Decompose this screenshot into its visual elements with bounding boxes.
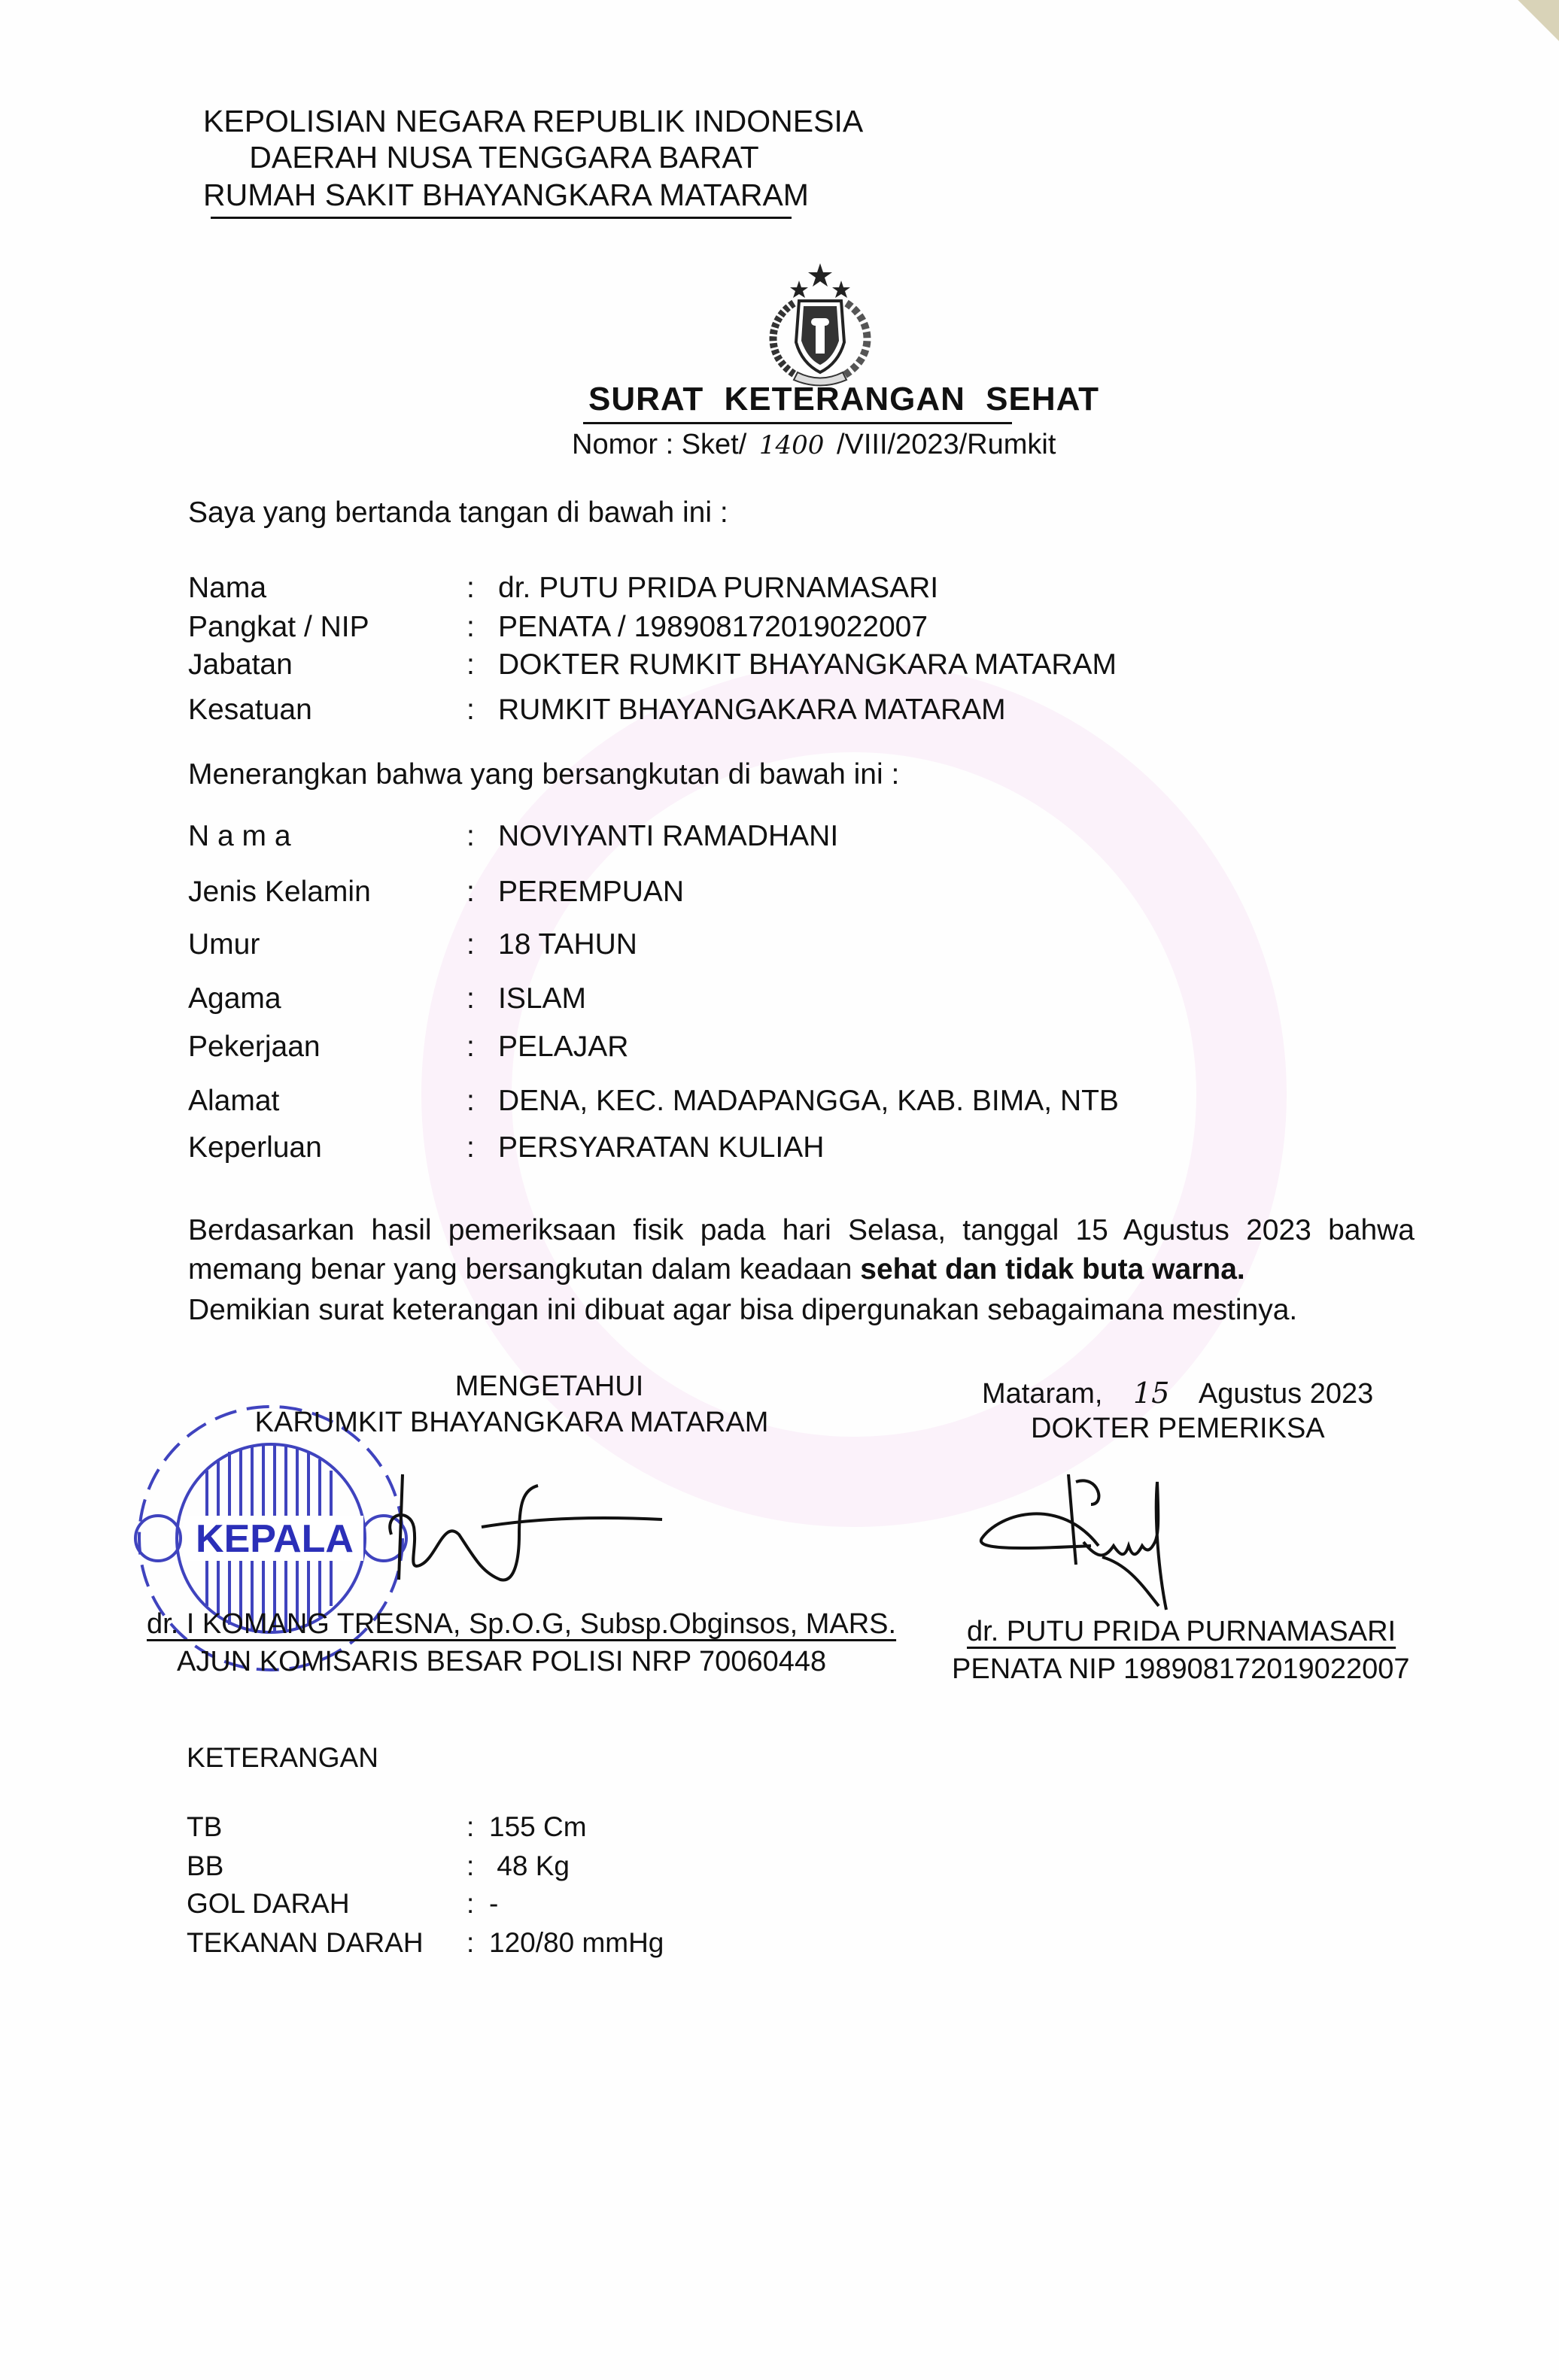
letterhead-line-2: DAERAH NUSA TENGGARA BARAT (203, 140, 805, 175)
notes-heading: KETERANGAN (187, 1742, 378, 1774)
field-label: Kesatuan (188, 694, 312, 727)
field-label: Pekerjaan (188, 1031, 321, 1064)
field-value: NOVIYANTI RAMADHANI (498, 820, 838, 853)
field-colon: : (466, 694, 475, 727)
field-colon: : (466, 611, 475, 644)
field-value: 155 Cm (489, 1811, 587, 1843)
field-label: Keperluan (188, 1131, 322, 1164)
field-value: PENATA / 198908172019022007 (498, 611, 928, 644)
field-value: 48 Kg (489, 1850, 570, 1882)
field-colon: : (466, 928, 475, 961)
field-colon: : (466, 1888, 474, 1920)
field-label: TEKANAN DARAH (187, 1927, 424, 1959)
field-value: RUMKIT BHAYANGAKARA MATARAM (498, 694, 1006, 727)
document-title: SURAT KETERANGAN SEHAT (588, 381, 1099, 418)
field-label: Agama (188, 982, 281, 1015)
handwritten-number: 1400 (759, 430, 825, 460)
field-value: DENA, KEC. MADAPANGGA, KAB. BIMA, NTB (498, 1085, 1119, 1118)
document-number: Nomor : Sket/ 1400 /VIII/2023/Rumkit (572, 429, 1056, 461)
right-handwritten-signature (971, 1474, 1317, 1617)
document-page: KEPOLISIAN NEGARA REPUBLIK INDONESIA DAE… (0, 0, 1559, 2380)
field-label: Pangkat / NIP (188, 611, 369, 644)
field-colon: : (466, 982, 475, 1015)
left-signature-role: KARUMKIT BHAYANGKARA MATARAM (241, 1407, 783, 1439)
page-corner-fold (1514, 0, 1559, 45)
letterhead-line-3: RUMAH SAKIT BHAYANGKARA MATARAM (203, 178, 805, 213)
field-label: Jenis Kelamin (188, 876, 371, 909)
handwritten-day: 15 (1133, 1377, 1169, 1410)
field-value: 18 TAHUN (498, 928, 637, 961)
field-label: TB (187, 1811, 222, 1843)
field-colon: : (466, 876, 475, 909)
field-label: Alamat (188, 1085, 279, 1118)
field-colon: : (466, 1850, 474, 1882)
field-colon: : (466, 1031, 475, 1064)
field-value: PEREMPUAN (498, 876, 684, 909)
title-rule (583, 422, 1012, 424)
place-date: Mataram, 15 Agustus 2023 (982, 1377, 1373, 1410)
field-value: dr. PUTU PRIDA PURNAMASARI (498, 572, 938, 605)
letterhead-rule (211, 217, 792, 219)
left-handwritten-signature (376, 1467, 677, 1587)
field-value: ISLAM (498, 982, 586, 1015)
left-signer-rank: AJUN KOMISARIS BESAR POLISI NRP 70060448 (177, 1646, 826, 1678)
field-label: Umur (188, 928, 260, 961)
letterhead-line-1: KEPOLISIAN NEGARA REPUBLIK INDONESIA (203, 104, 805, 139)
left-signer-name: dr. I KOMANG TRESNA, Sp.O.G, Subsp.Obgin… (147, 1608, 896, 1641)
right-signer-name: dr. PUTU PRIDA PURNAMASARI (967, 1616, 1396, 1648)
findings-bold: sehat dan tidak buta warna. (860, 1253, 1244, 1286)
field-label: N a m a (188, 820, 291, 853)
field-label: Nama (188, 572, 266, 605)
field-label: BB (187, 1850, 223, 1882)
right-signer-rank: PENATA NIP 198908172019022007 (952, 1653, 1409, 1686)
left-signature-heading: MENGETAHUI (316, 1371, 783, 1403)
svg-text:KEPALA: KEPALA (196, 1517, 354, 1561)
field-colon: : (466, 1085, 475, 1118)
field-value: 120/80 mmHg (489, 1927, 664, 1959)
number-suffix: /VIII/2023/Rumkit (837, 429, 1056, 460)
polri-crest-icon (752, 260, 888, 391)
field-colon: : (466, 820, 475, 853)
field-label: GOL DARAH (187, 1888, 350, 1920)
field-colon: : (466, 1131, 475, 1164)
field-colon: : (466, 1811, 474, 1843)
field-colon: : (466, 572, 475, 605)
right-signature-role: DOKTER PEMERIKSA (1031, 1413, 1325, 1445)
statement-text: Menerangkan bahwa yang bersangkutan di b… (188, 758, 899, 791)
closing-text: Demikian surat keterangan ini dibuat aga… (188, 1294, 1297, 1327)
field-value: PELAJAR (498, 1031, 628, 1064)
findings-paragraph: Berdasarkan hasil pemeriksaan fisik pada… (188, 1211, 1415, 1289)
place-date-suffix: Agustus 2023 (1199, 1378, 1373, 1410)
field-value: DOKTER RUMKIT BHAYANGKARA MATARAM (498, 648, 1117, 682)
field-colon: : (466, 648, 475, 682)
place-date-prefix: Mataram, (982, 1378, 1102, 1410)
field-colon: : (466, 1927, 474, 1959)
intro-text: Saya yang bertanda tangan di bawah ini : (188, 496, 728, 530)
field-value: - (489, 1888, 498, 1920)
number-prefix: Nomor : Sket/ (572, 429, 746, 460)
field-label: Jabatan (188, 648, 293, 682)
field-value: PERSYARATAN KULIAH (498, 1131, 824, 1164)
